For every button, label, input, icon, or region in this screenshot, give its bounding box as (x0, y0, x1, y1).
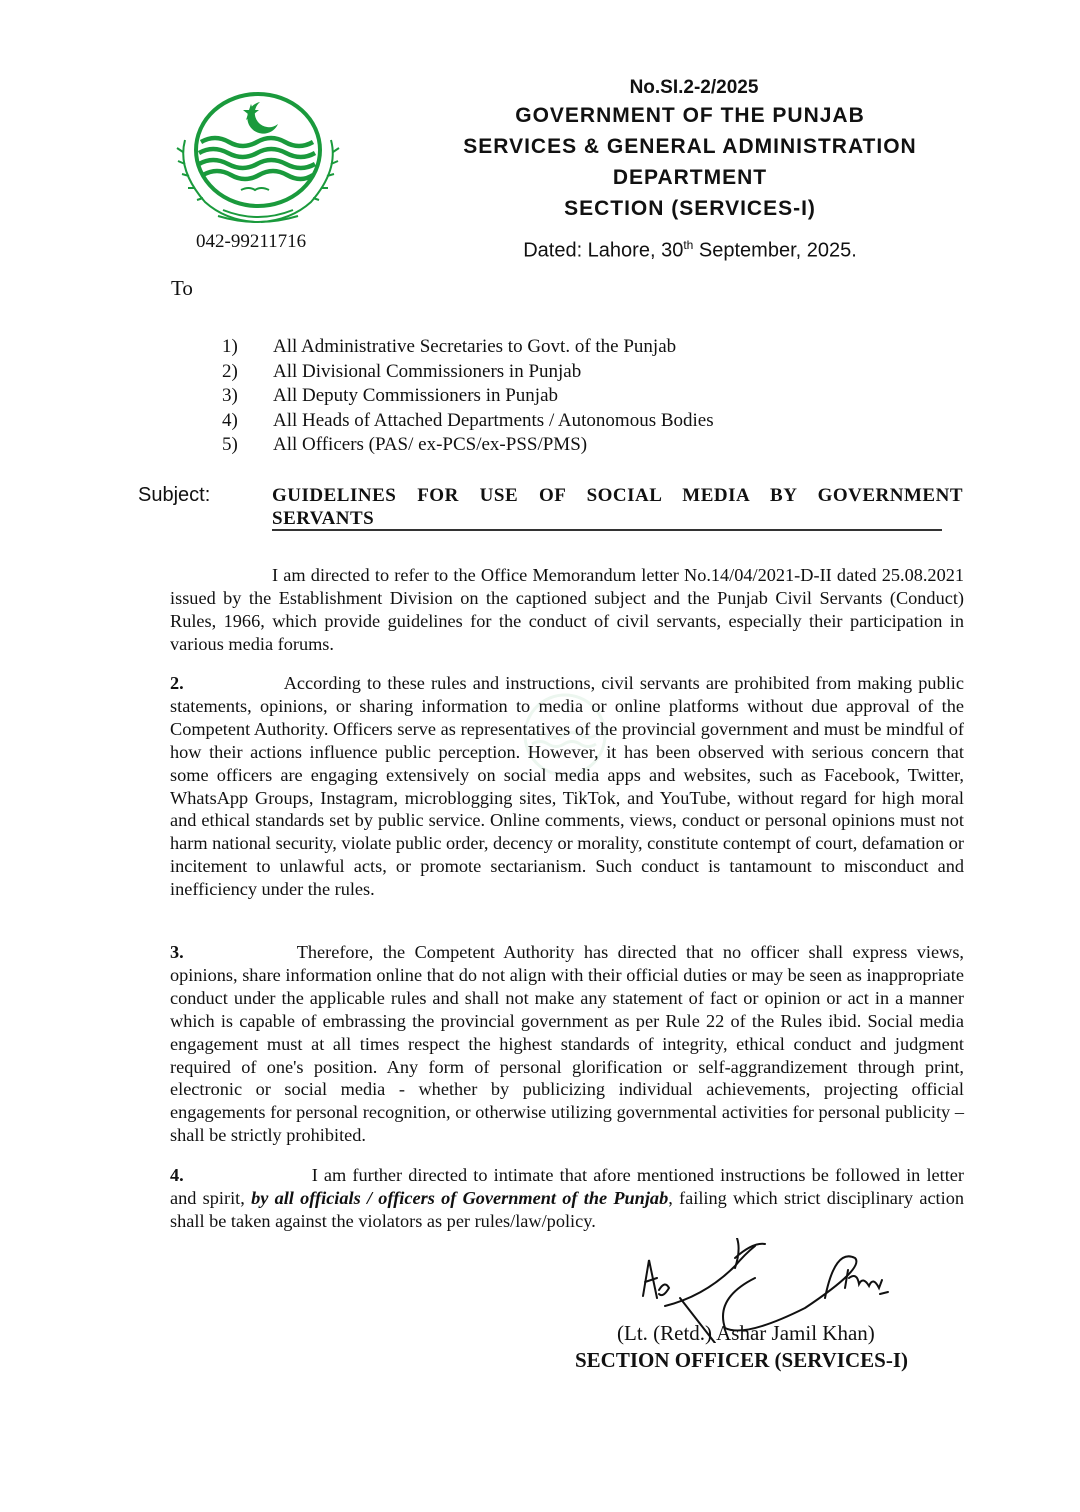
letterhead: No.SI.2-2/2025 GOVERNMENT OF THE PUNJAB … (420, 76, 960, 264)
punjab-emblem-icon (163, 82, 353, 232)
recipient-number: 2) (222, 360, 273, 385)
paragraph-3: 3.Therefore, the Competent Authority has… (170, 941, 964, 1147)
subject-text: GUIDELINES FOR USE OF SOCIAL MEDIA BY GO… (272, 484, 963, 530)
subject-line-1: GUIDELINES FOR USE OF SOCIAL MEDIA BY GO… (272, 484, 963, 507)
paragraph-1: I am directed to refer to the Office Mem… (170, 564, 964, 656)
date-prefix: Dated: Lahore, 30 (523, 240, 683, 262)
paragraph-3-text: Therefore, the Competent Authority has d… (170, 942, 964, 1145)
signatory-title: SECTION OFFICER (SERVICES-I) (575, 1348, 908, 1373)
recipient-text: All Officers (PAS/ ex-PCS/ex-PSS/PMS) (273, 433, 587, 458)
header-line-department: SERVICES & GENERAL ADMINISTRATION (420, 131, 960, 162)
to-label: To (171, 276, 193, 301)
paragraph-number: 3. (170, 941, 184, 964)
paragraph-number: 2. (170, 672, 184, 695)
subject-underline (272, 529, 942, 531)
recipient-item: 3)All Deputy Commissioners in Punjab (222, 384, 942, 409)
recipient-number: 4) (222, 409, 273, 434)
date-ordinal: th (683, 238, 693, 252)
recipient-number: 3) (222, 384, 273, 409)
recipient-item: 1)All Administrative Secretaries to Govt… (222, 335, 942, 360)
paragraph-2-text: According to these rules and instruction… (170, 673, 964, 899)
subject-label: Subject: (138, 484, 210, 507)
recipient-text: All Heads of Attached Departments / Auto… (273, 409, 714, 434)
paragraph-4: 4.I am further directed to intimate that… (170, 1164, 964, 1233)
recipient-item: 5)All Officers (PAS/ ex-PCS/ex-PSS/PMS) (222, 433, 942, 458)
header-line-government: GOVERNMENT OF THE PUNJAB (420, 100, 960, 131)
date-suffix: September, 2025. (693, 240, 856, 262)
recipient-text: All Divisional Commissioners in Punjab (273, 360, 581, 385)
phone-number: 042-99211716 (196, 231, 306, 253)
recipient-text: All Administrative Secretaries to Govt. … (273, 335, 676, 360)
subject-line-2: SERVANTS (272, 507, 963, 530)
reference-number: No.SI.2-2/2025 (428, 76, 960, 100)
date-line: Dated: Lahore, 30th September, 2025. (420, 232, 960, 264)
recipient-item: 2)All Divisional Commissioners in Punjab (222, 360, 942, 385)
recipient-number: 1) (222, 335, 273, 360)
paragraph-4-emphasis: by all officials / officers of Governmen… (251, 1188, 668, 1208)
recipient-item: 4)All Heads of Attached Departments / Au… (222, 409, 942, 434)
recipient-list: 1)All Administrative Secretaries to Govt… (222, 335, 942, 458)
recipient-number: 5) (222, 433, 273, 458)
paragraph-number: 4. (170, 1164, 184, 1187)
recipient-text: All Deputy Commissioners in Punjab (273, 384, 558, 409)
header-line-section: SECTION (SERVICES-I) (420, 193, 960, 224)
header-line-department-2: DEPARTMENT (420, 162, 960, 193)
paragraph-2: 2.According to these rules and instructi… (170, 672, 964, 901)
signatory-name: (Lt. (Retd.) Ashar Jamil Khan) (617, 1321, 875, 1346)
